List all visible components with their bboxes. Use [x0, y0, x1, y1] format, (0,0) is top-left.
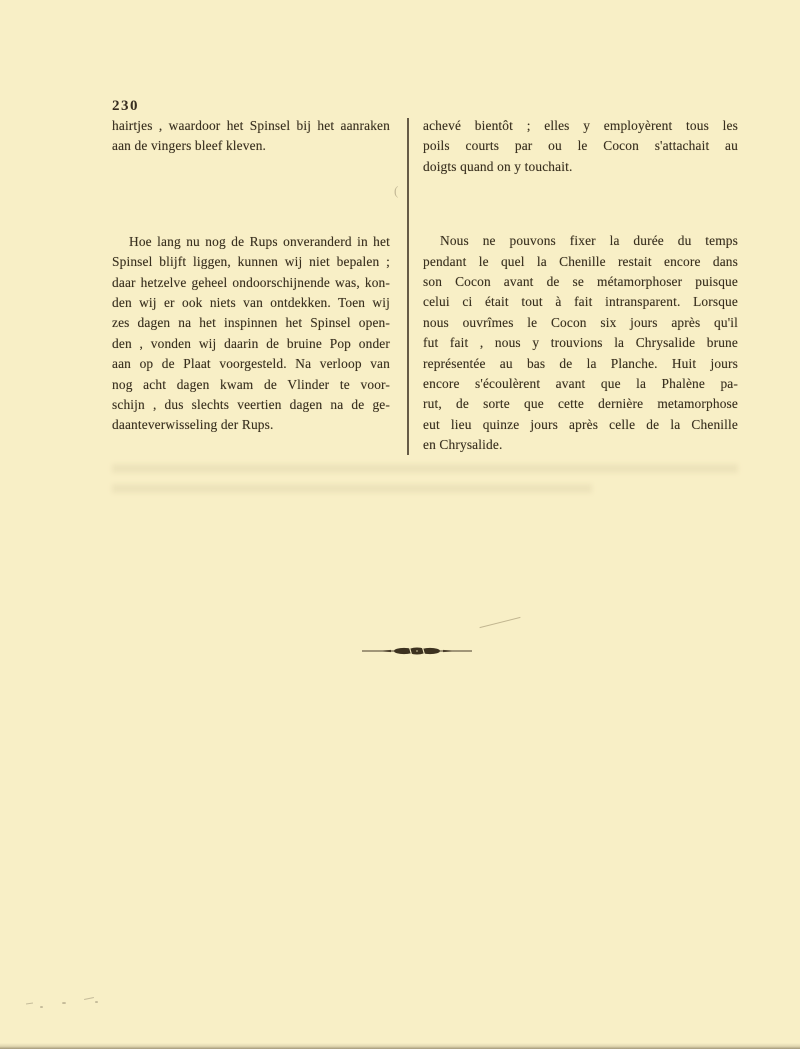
text-line: den wij er ook niets van ontdekken. Toen…	[112, 293, 390, 313]
text-line: rut, de sorte que cette dernière metamor…	[423, 394, 738, 414]
text-line: Nous ne pouvons fixer la durée du temps	[423, 231, 738, 251]
text-line: en Chrysalide.	[423, 435, 738, 455]
page-showthrough-smudge	[112, 484, 592, 493]
text-line: pendant le quel la Chenille restait enco…	[423, 252, 738, 272]
text-line: aan op de Plaat voorgesteld. Na verloop …	[112, 354, 390, 374]
pencil-mark	[95, 1001, 98, 1003]
text-line: zes dagen na het inspinnen het Spinsel o…	[112, 313, 390, 333]
page-bottom-edge-shadow	[0, 1043, 800, 1049]
text-line: aan de vingers bleef kleven.	[112, 136, 390, 156]
right-column-french-text: achevé bientôt ; elles y employèrent tou…	[423, 116, 738, 456]
text-line: Spinsel blijft liggen, kunnen wij niet b…	[112, 252, 390, 272]
page-showthrough-smudge	[112, 464, 738, 473]
text-line: daanteverwisseling der Rups.	[112, 415, 390, 435]
pencil-mark	[84, 997, 94, 1000]
text-line: nous ouvrîmes le Cocon six jours après q…	[423, 313, 738, 333]
text-line: son Cocon avant de se métamorphoser puis…	[423, 272, 738, 292]
pencil-mark	[26, 1003, 33, 1005]
text-line: encore s'écoulèrent avant que la Phalène…	[423, 374, 738, 394]
text-line: daar hetzelve geheel ondoorschijnende wa…	[112, 273, 390, 293]
paragraph: Nous ne pouvons fixer la durée du tempsp…	[423, 231, 738, 455]
paragraph: Hoe lang nu nog de Rups onveranderd in h…	[112, 232, 390, 436]
text-line: poils courts par ou le Cocon s'attachait…	[423, 136, 738, 156]
text-line: doigts quand on y touchait.	[423, 157, 738, 177]
stray-paren-mark: (	[394, 183, 398, 199]
text-line: nog acht dagen kwam de Vlinder te voor-	[112, 375, 390, 395]
pencil-mark	[40, 1006, 43, 1008]
text-line: celui ci était tout à fait intransparent…	[423, 292, 738, 312]
text-line: eut lieu quinze jours après celle de la …	[423, 415, 738, 435]
pencil-mark	[62, 1002, 66, 1004]
page-number: 230	[112, 98, 139, 115]
paragraph: hairtjes , waardoor het Spinsel bij het …	[112, 116, 390, 157]
text-line: schijn , dus slechts veertien dagen na d…	[112, 395, 390, 415]
text-line: hairtjes , waardoor het Spinsel bij het …	[112, 116, 390, 136]
left-column-dutch-text: hairtjes , waardoor het Spinsel bij het …	[112, 116, 390, 436]
book-page: 230 hairtjes , waardoor het Spinsel bij …	[0, 0, 800, 1049]
text-line: achevé bientôt ; elles y employèrent tou…	[423, 116, 738, 136]
text-line: Hoe lang nu nog de Rups onveranderd in h…	[112, 232, 390, 252]
section-divider-ornament	[361, 644, 473, 658]
paragraph: achevé bientôt ; elles y employèrent tou…	[423, 116, 738, 177]
paper-speck	[726, 240, 729, 243]
text-line: représentée au bas de la Planche. Huit j…	[423, 354, 738, 374]
paper-scratch-mark	[480, 617, 521, 628]
text-line: den , vonden wij daarin de bruine Pop on…	[112, 334, 390, 354]
column-divider-rule	[407, 118, 409, 455]
text-line: fut fait , nous y trouvions la Chrysalid…	[423, 333, 738, 353]
